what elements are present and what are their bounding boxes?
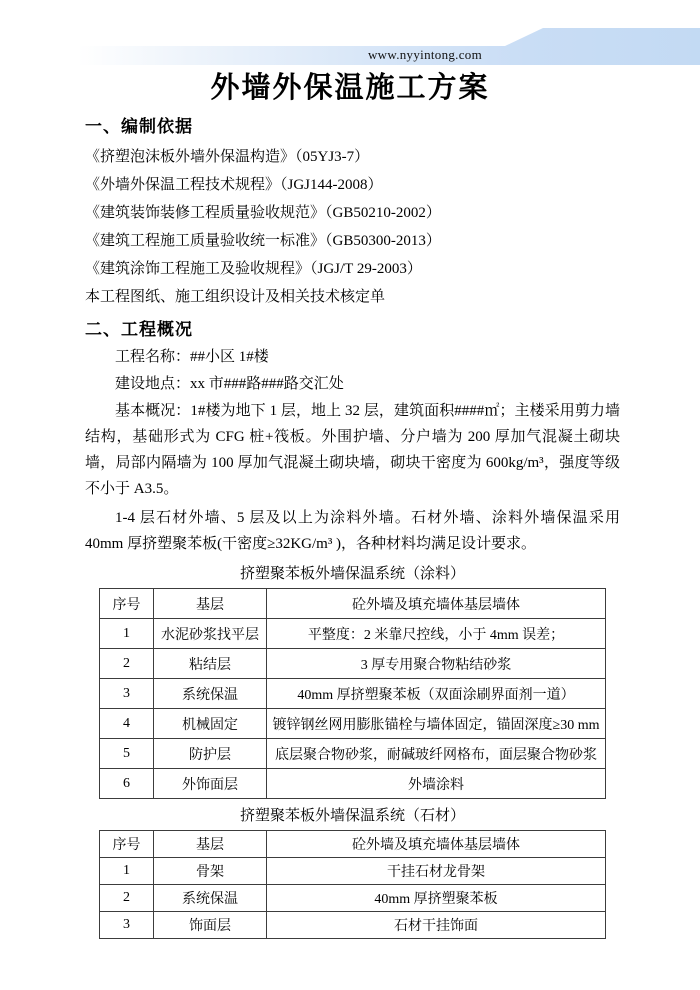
insulation-paragraph: 1-4 层石材外墙、5 层及以上为涂料外墙。石材外墙、涂料外墙保温采用 40mm… <box>85 505 620 557</box>
cell-base: 系统保温 <box>154 679 267 709</box>
table-row: 4 机械固定 镀锌钢丝网用膨胀锚栓与墙体固定，锚固深度≥30 mm <box>100 709 606 739</box>
table-header-row: 序号 基层 砼外墙及填充墙体基层墙体 <box>100 589 606 619</box>
table-row: 2 粘结层 3 厚专用聚合物粘结砂浆 <box>100 649 606 679</box>
cell-desc: 40mm 厚挤塑聚苯板 <box>267 885 606 912</box>
document-body: 一、编制依据 《挤塑泡沫板外墙外保温构造》（05YJ3-7） 《外墙外保温工程技… <box>0 116 700 939</box>
banner-website-url: www.nyyintong.com <box>330 47 520 63</box>
reference-item: 《外墙外保温工程技术规程》（JGJ144-2008） <box>85 171 620 199</box>
cell-desc: 镀锌钢丝网用膨胀锚栓与墙体固定，锚固深度≥30 mm <box>267 709 606 739</box>
coating-table-caption: 挤塑聚苯板外墙保温系统（涂料） <box>85 564 620 585</box>
cell-no: 4 <box>100 709 154 739</box>
header-cell: 序号 <box>100 831 154 858</box>
table-row: 3 饰面层 石材干挂饰面 <box>100 912 606 939</box>
header-banner: www.nyyintong.com <box>0 0 700 66</box>
reference-item: 《建筑涂饰工程施工及验收规程》（JGJ/T 29-2003） <box>85 255 620 283</box>
header-cell: 基层 <box>154 589 267 619</box>
table-row: 6 外饰面层 外墙涂料 <box>100 769 606 799</box>
table-row: 1 骨架 干挂石材龙骨架 <box>100 858 606 885</box>
cell-base: 饰面层 <box>154 912 267 939</box>
overview-paragraph: 基本概况：1#楼为地下 1 层，地上 32 层，建筑面积####㎡；主楼采用剪力… <box>85 398 620 502</box>
cell-no: 2 <box>100 649 154 679</box>
reference-item: 《挤塑泡沫板外墙外保温构造》（05YJ3-7） <box>85 143 620 171</box>
section1-heading: 一、编制依据 <box>85 116 620 138</box>
cell-no: 1 <box>100 858 154 885</box>
table-row: 1 水泥砂浆找平层 平整度：2 米靠尺控线，小于 4mm 误差； <box>100 619 606 649</box>
cell-desc: 石材干挂饰面 <box>267 912 606 939</box>
cell-base: 粘结层 <box>154 649 267 679</box>
cell-base: 机械固定 <box>154 709 267 739</box>
cell-no: 1 <box>100 619 154 649</box>
table-row: 5 防护层 底层聚合物砂浆，耐碱玻纤网格布，面层聚合物砂浆 <box>100 739 606 769</box>
cell-base: 水泥砂浆找平层 <box>154 619 267 649</box>
cell-base: 系统保温 <box>154 885 267 912</box>
stone-spec-table: 序号 基层 砼外墙及填充墙体基层墙体 1 骨架 干挂石材龙骨架 2 系统保温 4… <box>99 830 606 939</box>
stone-table-caption: 挤塑聚苯板外墙保温系统（石材） <box>85 806 620 827</box>
reference-item: 《建筑装饰装修工程质量验收规范》（GB50210-2002） <box>85 199 620 227</box>
cell-no: 3 <box>100 912 154 939</box>
cell-no: 2 <box>100 885 154 912</box>
table-row: 3 系统保温 40mm 厚挤塑聚苯板（双面涂刷界面剂一道） <box>100 679 606 709</box>
table-header-row: 序号 基层 砼外墙及填充墙体基层墙体 <box>100 831 606 858</box>
header-cell: 砼外墙及填充墙体基层墙体 <box>267 589 606 619</box>
cell-base: 外饰面层 <box>154 769 267 799</box>
cell-no: 3 <box>100 679 154 709</box>
cell-desc: 40mm 厚挤塑聚苯板（双面涂刷界面剂一道） <box>267 679 606 709</box>
cell-base: 骨架 <box>154 858 267 885</box>
project-name-line: 工程名称：##小区 1#楼 <box>85 344 620 371</box>
reference-item: 本工程图纸、施工组织设计及相关技术核定单 <box>85 283 620 311</box>
header-cell: 序号 <box>100 589 154 619</box>
page-title: 外墙外保温施工方案 <box>0 67 700 110</box>
coating-spec-table: 序号 基层 砼外墙及填充墙体基层墙体 1 水泥砂浆找平层 平整度：2 米靠尺控线… <box>99 588 606 799</box>
section2-heading: 二、工程概况 <box>85 319 620 341</box>
cell-base: 防护层 <box>154 739 267 769</box>
header-cell: 基层 <box>154 831 267 858</box>
cell-desc: 平整度：2 米靠尺控线，小于 4mm 误差； <box>267 619 606 649</box>
header-cell: 砼外墙及填充墙体基层墙体 <box>267 831 606 858</box>
reference-list: 《挤塑泡沫板外墙外保温构造》（05YJ3-7） 《外墙外保温工程技术规程》（JG… <box>85 143 620 311</box>
cell-desc: 3 厚专用聚合物粘结砂浆 <box>267 649 606 679</box>
cell-desc: 底层聚合物砂浆，耐碱玻纤网格布，面层聚合物砂浆 <box>267 739 606 769</box>
location-line: 建设地点：xx 市###路###路交汇处 <box>85 371 620 398</box>
cell-desc: 外墙涂料 <box>267 769 606 799</box>
reference-item: 《建筑工程施工质量验收统一标准》（GB50300-2013） <box>85 227 620 255</box>
cell-desc: 干挂石材龙骨架 <box>267 858 606 885</box>
cell-no: 5 <box>100 739 154 769</box>
table-row: 2 系统保温 40mm 厚挤塑聚苯板 <box>100 885 606 912</box>
cell-no: 6 <box>100 769 154 799</box>
